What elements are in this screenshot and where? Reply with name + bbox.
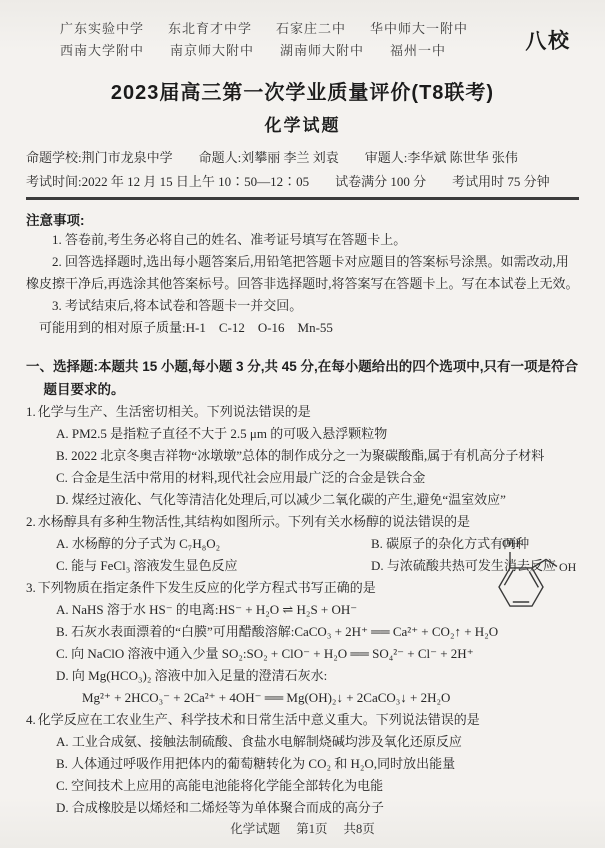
question-number: 1. [26, 404, 36, 419]
question-number: 2. [26, 514, 36, 529]
meta-line-authors: 命题学校:荆门市龙泉中学 命题人:刘攀丽 李兰 刘袁 审题人:李华斌 陈世华 张… [26, 146, 579, 170]
question-number: 4. [26, 712, 36, 727]
school-name: 华中师大一附中 [370, 18, 468, 40]
meta-line-time: 考试时间:2022 年 12 月 15 日上午 10∶50—12∶05 试卷满分… [26, 170, 579, 194]
footer-total-pages: 共8页 [344, 819, 375, 837]
question-3-option-d: D. 向 Mg(HCO₃)₂ 溶液中加入足量的澄清石灰水: [56, 665, 579, 687]
page-footer: 化学试题 第1页 共8页 [26, 819, 579, 841]
question-4-stem: 4.化学反应在工农业生产、科学技术和日常生活中意义重大。下列说法错误的是 [26, 709, 579, 731]
notice-item: 1. 答卷前,考生务必将自己的姓名、准考证号填写在答题卡上。 [26, 229, 579, 251]
school-name: 广东实验中学 [60, 18, 144, 40]
school-name: 东北育才中学 [168, 18, 252, 40]
question-3-option-c: C. 向 NaClO 溶液中通入少量 SO₂:SO₂ + ClO⁻ + H₂O … [56, 643, 579, 665]
header-schools: 广东实验中学 东北育才中学 石家庄二中 华中师大一附中 西南大学附中 南京师大附… [26, 18, 579, 62]
school-name: 福州一中 [390, 40, 446, 62]
question-1-option-b: B. 2022 北京冬奥吉祥物“冰墩墩”总体的制作成分之一为聚碳酸酯,属于有机高… [56, 445, 579, 467]
question-2: 2.水杨醇具有多种生物活性,其结构如图所示。下列有关水杨醇的说法错误的是 A. … [26, 511, 579, 577]
hydroxyl-label: OH [559, 560, 577, 574]
question-stem-text: 水杨醇具有多种生物活性,其结构如图所示。下列有关水杨醇的说法错误的是 [38, 514, 470, 529]
question-4-option-d: D. 合成橡胶是以烯烃和二烯烃等为单体聚合而成的高分子 [56, 797, 579, 819]
question-1-option-d: D. 煤经过液化、气化等清洁化处理后,可以减少二氧化碳的产生,避免“温室效应” [56, 489, 579, 511]
question-2-option-a: A. 水杨醇的分子式为 C₇H₈O₂ [56, 533, 341, 555]
footer-page-number: 第1页 [296, 819, 327, 837]
question-3-option-b: B. 石灰水表面漂着的“白膜”可用醋酸溶解:CaCO₃ + 2H⁺ ══ Ca²… [56, 621, 579, 643]
question-4-option-c: C. 空间技术上应用的高能电池能将化学能全部转化为电能 [56, 775, 579, 797]
question-1-stem: 1.化学与生产、生活密切相关。下列说法错误的是 [26, 401, 579, 423]
footer-doc-title: 化学试题 [230, 819, 280, 837]
notice-item: 2. 回答选择题时,选出每小题答案后,用铅笔把答题卡对应题目的答案标号涂黑。如需… [26, 251, 579, 295]
schools-row-1: 广东实验中学 东北育才中学 石家庄二中 华中师大一附中 [60, 18, 468, 40]
schools-list: 广东实验中学 东北育才中学 石家庄二中 华中师大一附中 西南大学附中 南京师大附… [26, 18, 468, 62]
question-4-option-b: B. 人体通过呼吸作用把体内的葡萄糖转化为 CO₂ 和 H₂O,同时放出能量 [56, 753, 579, 775]
question-4: 4.化学反应在工农业生产、科学技术和日常生活中意义重大。下列说法错误的是 A. … [26, 709, 579, 819]
school-name: 南京师大附中 [170, 40, 254, 62]
exam-page: 广东实验中学 东北育才中学 石家庄二中 华中师大一附中 西南大学附中 南京师大附… [0, 0, 605, 848]
atomic-masses-line: 可能用到的相对原子质量:H-1 C-12 O-16 Mn-55 [26, 317, 579, 339]
question-stem-text: 化学反应在工农业生产、科学技术和日常生活中意义重大。下列说法错误的是 [38, 712, 480, 727]
exam-meta: 命题学校:荆门市龙泉中学 命题人:刘攀丽 李兰 刘袁 审题人:李华斌 陈世华 张… [26, 146, 579, 194]
salicyl-alcohol-structure: OH OH [481, 525, 577, 617]
question-stem-text: 下列物质在指定条件下发生反应的化学方程式书写正确的是 [38, 580, 376, 595]
section-one-heading: 一、选择题:本题共 15 小题,每小题 3 分,共 45 分,在每小题给出的四个… [26, 355, 579, 401]
question-3-option-d-equation: Mg²⁺ + 2HCO₃⁻ + 2Ca²⁺ + 4OH⁻ ══ Mg(OH)₂↓… [82, 687, 579, 709]
hydroxyl-label: OH [502, 536, 520, 550]
exam-subject-title: 化学试题 [26, 111, 579, 136]
notice-section: 注意事项: 1. 答卷前,考生务必将自己的姓名、准考证号填写在答题卡上。 2. … [26, 200, 579, 339]
question-1-option-c: C. 合金是生活中常用的材料,现代社会应用最广泛的合金是铁合金 [56, 467, 579, 489]
question-number: 3. [26, 580, 36, 595]
school-name: 西南大学附中 [60, 40, 144, 62]
question-2-option-c: C. 能与 FeCl₃ 溶液发生显色反应 [56, 555, 341, 577]
question-1-option-a: A. PM2.5 是指粒子直径不大于 2.5 μm 的可吸入悬浮颗粒物 [56, 423, 579, 445]
question-stem-text: 化学与生产、生活密切相关。下列说法错误的是 [38, 404, 311, 419]
schools-row-2: 西南大学附中 南京师大附中 湖南师大附中 福州一中 [60, 40, 468, 62]
notice-item: 3. 考试结束后,将本试卷和答题卡一并交回。 [26, 295, 579, 317]
question-4-option-a: A. 工业合成氨、接触法制硫酸、食盐水电解制烧碱均涉及氧化还原反应 [56, 731, 579, 753]
school-name: 石家庄二中 [276, 18, 346, 40]
eight-schools-badge: 八校 [524, 24, 571, 56]
school-name: 湖南师大附中 [280, 40, 364, 62]
exam-title: 2023届高三第一次学业质量评价(T8联考) [26, 76, 579, 105]
question-1: 1.化学与生产、生活密切相关。下列说法错误的是 A. PM2.5 是指粒子直径不… [26, 401, 579, 511]
notice-heading: 注意事项: [26, 209, 579, 229]
